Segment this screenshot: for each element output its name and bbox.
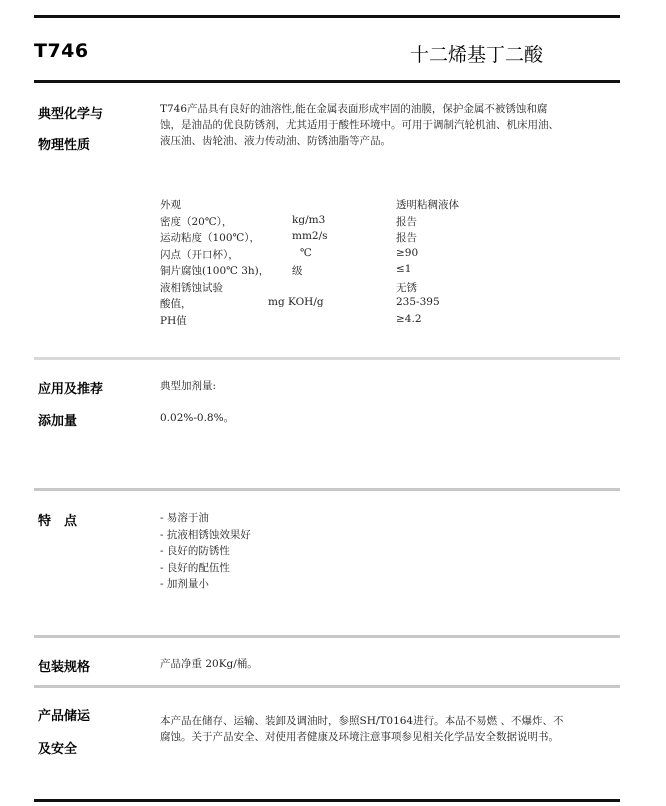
product-code: T746 (34, 40, 89, 62)
property-value: 报告 (396, 230, 417, 245)
property-row: 酸值， mg KOH/g 235-395 (160, 296, 560, 313)
features-label: 特 点 (38, 510, 77, 529)
property-row: 外观 透明粘稠液体 (160, 197, 560, 214)
storage-label-line2: 及安全 (38, 738, 77, 757)
property-row: 铜片腐蚀(100℃ 3h)， 级 ≤1 (160, 263, 560, 280)
property-value: ≥4.2 (396, 313, 422, 325)
property-unit: mm2/s (292, 230, 328, 242)
property-unit: kg/m3 (292, 214, 325, 226)
application-label-line1: 应用及推荐 (38, 378, 103, 397)
section-divider (34, 488, 620, 491)
section-divider (34, 635, 620, 638)
property-row: 密度（20℃）， kg/m3 报告 (160, 214, 560, 231)
property-row: PH值 ≥4.2 (160, 313, 560, 330)
section-divider (34, 357, 620, 360)
property-name: 酸值， (160, 296, 192, 311)
storage-text: 本产品在储存、运输、装卸及调油时，参照SH/T0164进行。本品不易燃 、不爆炸… (160, 713, 630, 745)
top-rule (34, 15, 620, 18)
property-name: 运动粘度（100℃）， (160, 230, 260, 245)
property-name: 铜片腐蚀(100℃ 3h)， (160, 263, 269, 278)
property-unit: mg KOH/g (268, 296, 324, 308)
features-list: - 易溶于油 - 抗液相锈蚀效果好 - 良好的防锈性 - 良好的配伍性 - 加剂… (160, 510, 251, 593)
property-value: 透明粘稠液体 (396, 197, 459, 212)
storage-text-line: 腐蚀。关于产品安全、对使用者健康及环境注意事项参见相关化学品安全数据说明书。 (160, 729, 630, 745)
bottom-rule (34, 799, 620, 802)
property-value: 235-395 (396, 296, 440, 308)
description-line: 液压油、齿轮油、液力传动油、防锈油脂等产品。 (160, 133, 620, 149)
feature-item: - 加剂量小 (160, 576, 251, 593)
properties-label-line1: 典型化学与 (38, 103, 103, 122)
properties-table: 外观 透明粘稠液体 密度（20℃）， kg/m3 报告 运动粘度（100℃）， … (160, 197, 560, 329)
description-line: 蚀，是油品的优良防锈剂，尤其适用于酸性环境中。可用于调制汽轮机油、机床用油、 (160, 117, 620, 133)
property-name: 闪点（开口杯）， (160, 247, 239, 262)
property-value: 报告 (396, 214, 417, 229)
properties-description: T746产品具有良好的油溶性,能在金属表面形成牢固的油膜，保护金属不被锈蚀和腐 … (160, 101, 620, 149)
property-name: 液相锈蚀试验 (160, 280, 223, 295)
property-value: ≤1 (396, 263, 411, 275)
feature-item: - 抗液相锈蚀效果好 (160, 527, 251, 544)
feature-item: - 易溶于油 (160, 510, 251, 527)
description-line: T746产品具有良好的油溶性,能在金属表面形成牢固的油膜，保护金属不被锈蚀和腐 (160, 101, 620, 117)
property-row: 运动粘度（100℃）， mm2/s 报告 (160, 230, 560, 247)
properties-label-line2: 物理性质 (38, 134, 90, 153)
packaging-text: 产品净重 20Kg/桶。 (160, 656, 258, 672)
property-name: 密度（20℃）， (160, 214, 232, 229)
property-value: ≥90 (396, 247, 418, 259)
header-bottom-rule (34, 80, 620, 83)
application-label-line2: 添加量 (38, 410, 77, 429)
storage-label-line1: 产品储运 (38, 705, 90, 724)
property-name: 外观 (160, 197, 181, 212)
packaging-label: 包装规格 (38, 656, 90, 675)
property-name: PH值 (160, 313, 187, 328)
storage-text-line: 本产品在储存、运输、装卸及调油时，参照SH/T0164进行。本品不易燃 、不爆炸… (160, 713, 630, 729)
property-unit: 级 (292, 263, 303, 278)
property-unit: ℃ (300, 247, 312, 259)
application-dosage: 0.02%-0.8%。 (160, 410, 234, 426)
section-divider (34, 685, 620, 688)
product-name: 十二烯基丁二酸 (410, 40, 543, 67)
feature-item: - 良好的防锈性 (160, 543, 251, 560)
feature-item: - 良好的配伍性 (160, 560, 251, 577)
application-text-line1: 典型加剂量: (160, 378, 216, 394)
property-value: 无锈 (396, 280, 417, 295)
property-row: 液相锈蚀试验 无锈 (160, 280, 560, 297)
property-row: 闪点（开口杯）， ℃ ≥90 (160, 247, 560, 264)
